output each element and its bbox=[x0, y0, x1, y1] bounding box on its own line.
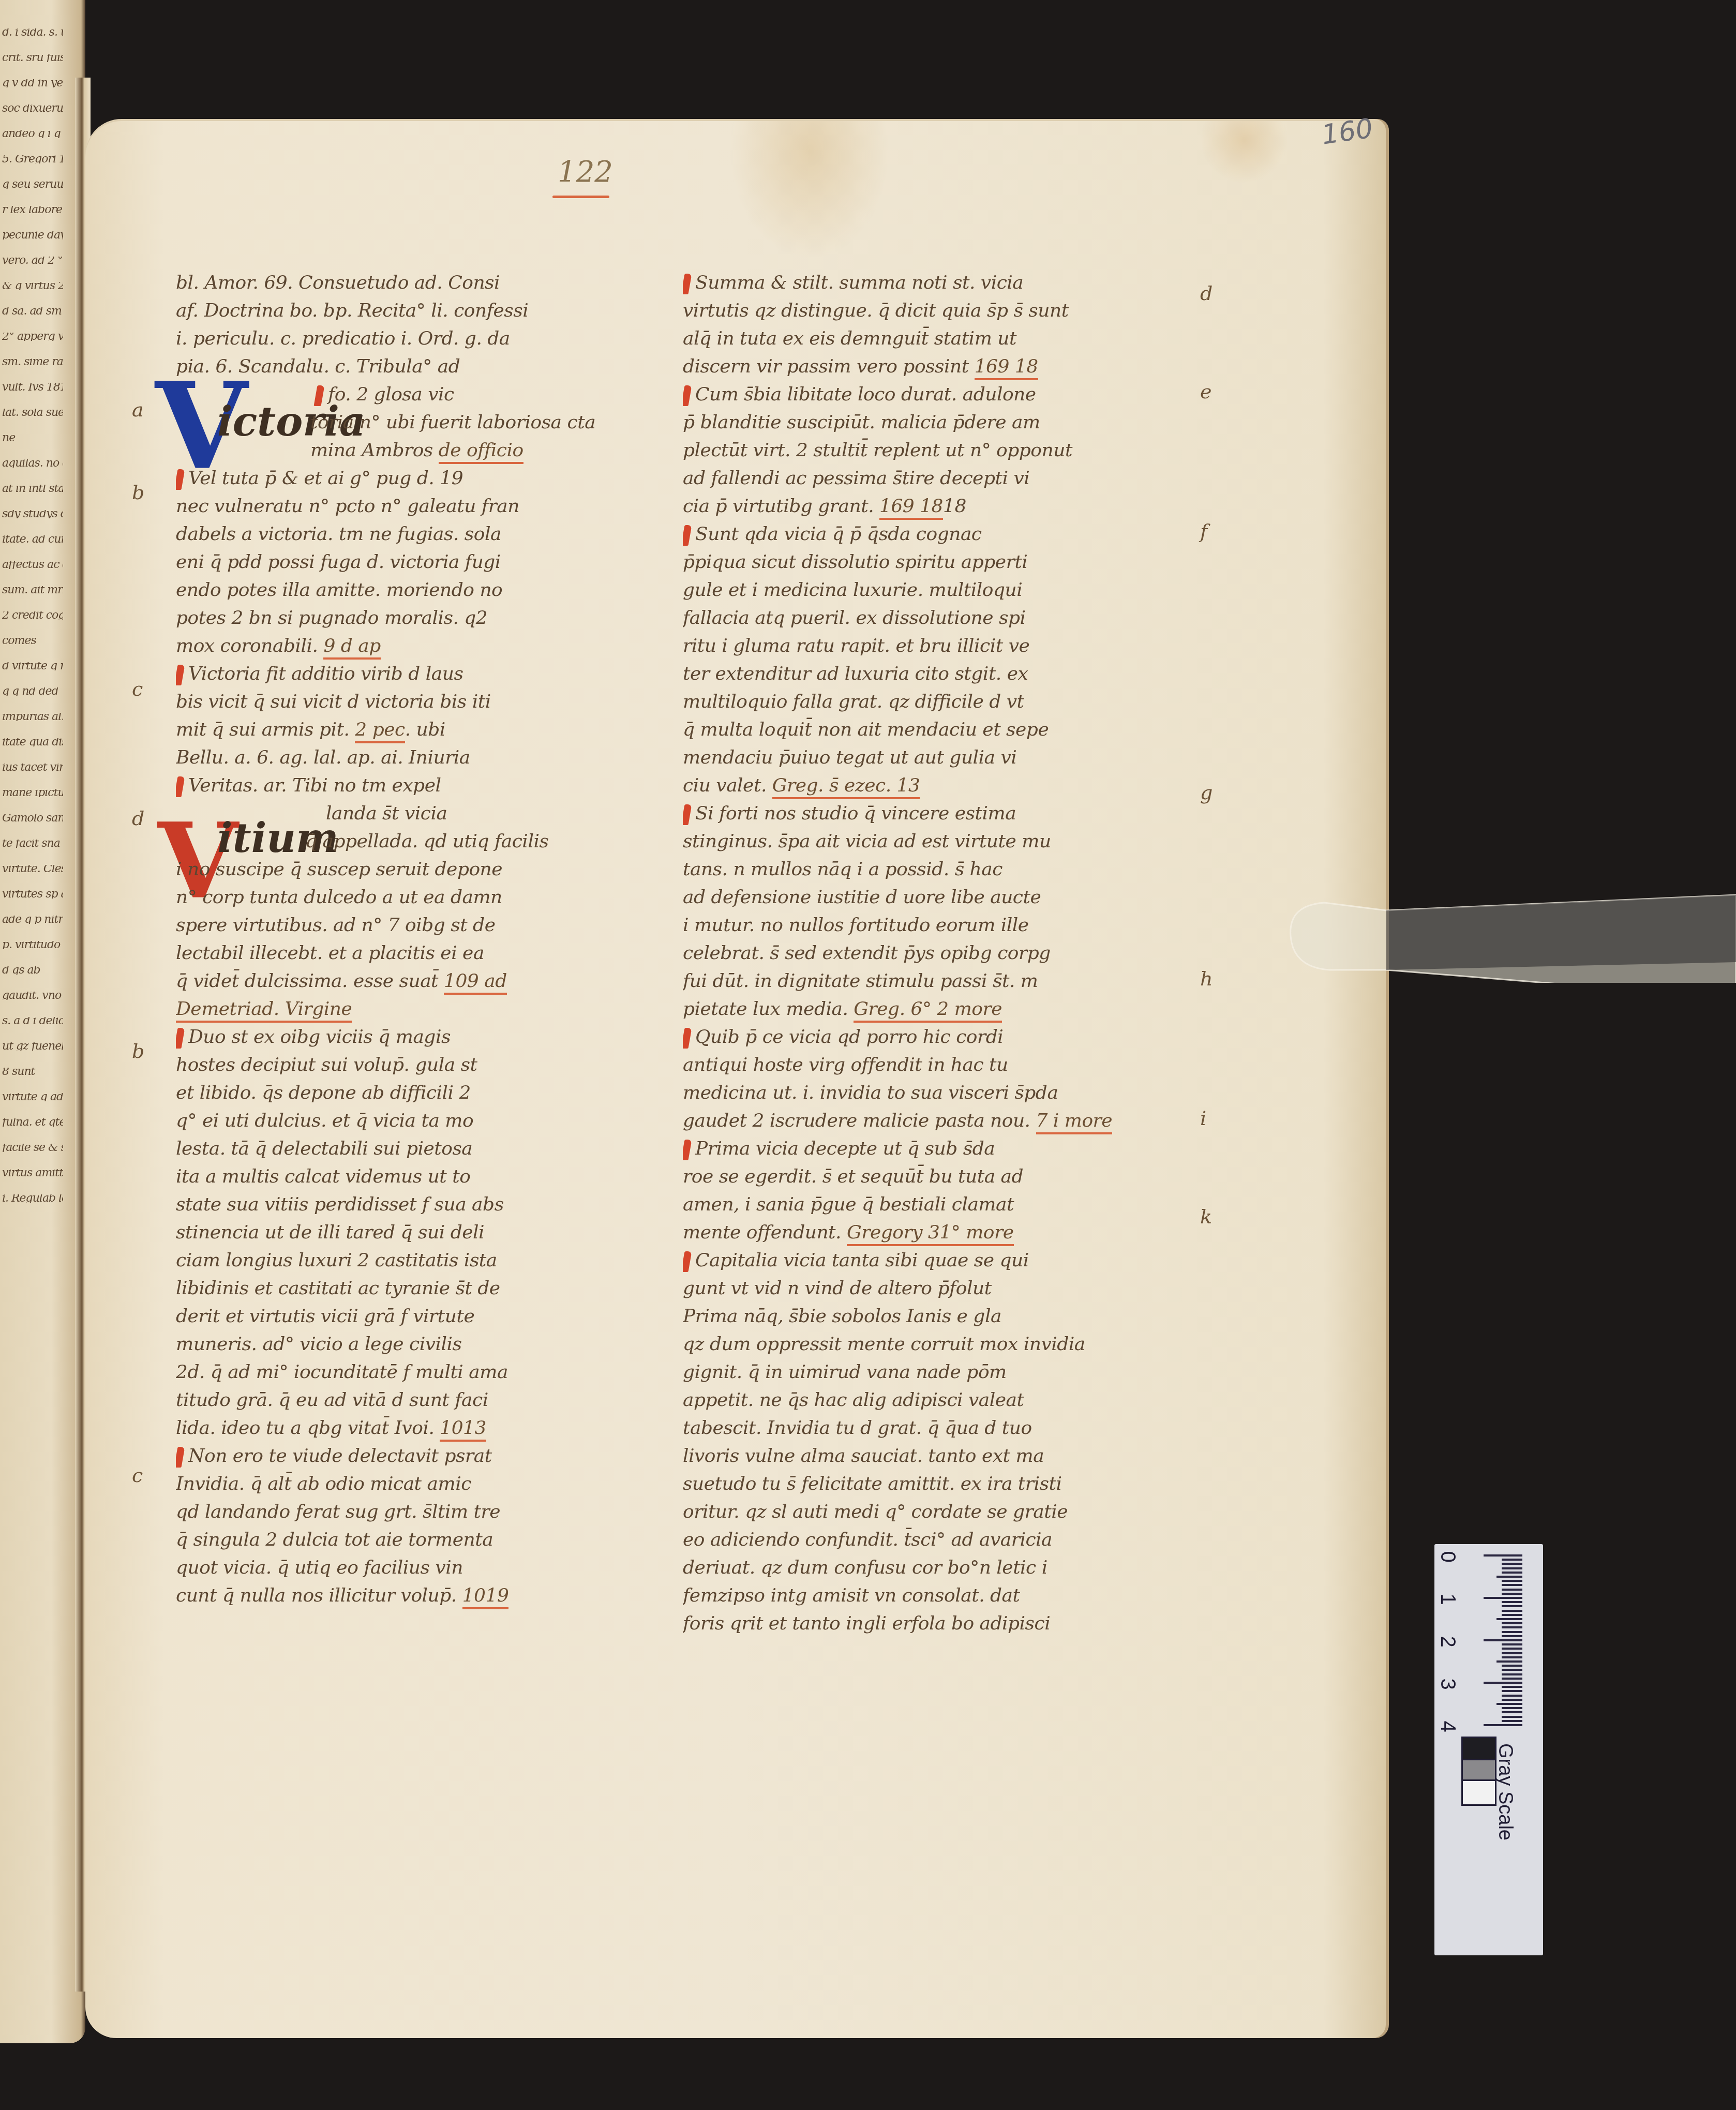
text-line: at in intl st̄at de bbox=[2, 485, 63, 493]
scale-tick bbox=[1502, 1669, 1522, 1671]
text-line: nec vulneratu n° pcto n° galeatu fran bbox=[176, 492, 600, 520]
text-line: lida. ideo tu a qbg vitat̄ Ivoi. 1013 bbox=[176, 1414, 600, 1442]
margin-letter: b bbox=[132, 481, 144, 504]
margin-letter: g bbox=[1200, 781, 1213, 804]
scale-tick bbox=[1502, 1720, 1522, 1722]
text-line: crit. sru fuis s̄t vivit bbox=[2, 54, 63, 62]
text-line: ter extenditur ad luxuria cito stgit. ex bbox=[683, 660, 1159, 688]
scale-label: 1 bbox=[1436, 1593, 1459, 1605]
scale-tick bbox=[1496, 1618, 1522, 1620]
text-line: 2d. q̄ ad mi° iocunditatē f multi ama bbox=[176, 1358, 600, 1386]
text-line: plectūt virt. 2 stultit̄ replent ut n° o… bbox=[683, 437, 1159, 465]
text-line: s̄m. s̄ime rapit i bbox=[2, 358, 63, 366]
margin-letter: e bbox=[1200, 380, 1212, 403]
scale-tick bbox=[1502, 1707, 1522, 1709]
scale-tick bbox=[1484, 1597, 1522, 1599]
paragraph-mark-icon bbox=[176, 665, 185, 685]
scale-label: 4 bbox=[1436, 1720, 1459, 1732]
text-line: pecunie dayettus bbox=[2, 231, 63, 240]
scale-tick bbox=[1502, 1652, 1522, 1654]
text-line: ius tacet virtute q̄re bbox=[2, 764, 63, 772]
text-line: q° ei uti dulcius. et q̄ vicia ta mo bbox=[176, 1107, 600, 1135]
text-line: n° corp tunta dulcedo a ut ea damn bbox=[176, 884, 600, 911]
text-line: comes bbox=[2, 637, 63, 645]
text-line: q̄ multa loquit̄ non ait mendaciu et sep… bbox=[683, 716, 1159, 744]
text-line: femzipso intg amisit vn consolat. dat bbox=[683, 1582, 1159, 1610]
scale-tick bbox=[1502, 1631, 1522, 1633]
clear-bookmark-strip bbox=[1267, 879, 1736, 983]
scale-tick bbox=[1502, 1610, 1522, 1612]
previous-page-fragment: d. i sida. s. ut° volititcrit. sru fuis … bbox=[0, 0, 85, 2043]
scale-tick bbox=[1502, 1584, 1522, 1586]
text-line: 2° apperg vous bbox=[2, 333, 63, 341]
scale-tick bbox=[1502, 1572, 1522, 1574]
text-line: ne bbox=[2, 434, 63, 442]
rubricated-reference: Greg. 6° 2 more bbox=[854, 998, 1002, 1023]
text-line: pietate lux media. Greg. 6° 2 more bbox=[683, 995, 1159, 1023]
text-line: ade q̄ p̄ nitr bbox=[2, 916, 63, 924]
scale-tick bbox=[1496, 1660, 1522, 1663]
scale-tick bbox=[1502, 1593, 1522, 1595]
text-line: q̄ videt̄ dulcissima. esse suat̄ 109 ad bbox=[176, 967, 600, 995]
text-line: multiloquio falla grat. qz difficile d v… bbox=[683, 688, 1159, 716]
text-line: mane ipictus bbox=[2, 789, 63, 797]
text-line: impurias al. 8 bbox=[2, 713, 63, 721]
scale-tick bbox=[1502, 1686, 1522, 1688]
text-line: gaudit. vno dio bbox=[2, 992, 63, 1000]
text-line: bis vicit q̄ sui vicit d victoria bis it… bbox=[176, 688, 600, 716]
text-line: gule et i medicina luxurie. multiloqui bbox=[683, 576, 1159, 604]
margin-letter: f bbox=[1200, 520, 1207, 543]
scale-label: 2 bbox=[1436, 1636, 1459, 1647]
text-line: mendaciu p̄uiuo tegat ut aut gulia vi bbox=[683, 744, 1159, 772]
text-line: fallacia atq pueril. ex dissolutione spi bbox=[683, 604, 1159, 632]
text-line: stinencia ut de illi tared q̄ sui deli bbox=[176, 1219, 600, 1247]
text-line: d. i sida. s. ut° volitit bbox=[2, 28, 63, 37]
paragraph-mark-icon bbox=[683, 1140, 692, 1160]
scale-tick bbox=[1502, 1614, 1522, 1616]
text-line: landa s̄t vicia bbox=[176, 800, 600, 828]
text-line: fulna. et q̄te bbox=[2, 1118, 63, 1127]
text-line: eni q̄ pdd possi fuga d. victoria fugi bbox=[176, 548, 600, 576]
text-line: s̄um. ait mrk bbox=[2, 586, 63, 594]
text-line: Victoria fit additio virib d laus bbox=[176, 660, 600, 688]
text-line: s̄oc dixuerunt u bbox=[2, 104, 63, 113]
rubricated-reference: 2 pec bbox=[355, 719, 405, 743]
text-line: itate. ad curda bbox=[2, 535, 63, 544]
text-line: oritur. qz sl auti medi q° cordate se gr… bbox=[683, 1498, 1159, 1526]
paragraph-mark-icon bbox=[313, 385, 324, 406]
scale-tick bbox=[1496, 1703, 1522, 1705]
text-line: s̄dy studys delect. 81 bbox=[2, 510, 63, 518]
text-line: foris qrit et tanto ingli erfola bo adip… bbox=[683, 1610, 1159, 1638]
text-line: virtutis qz distingue. q̄ dicit quia s̄p… bbox=[683, 297, 1159, 325]
paragraph-mark-icon bbox=[683, 274, 692, 294]
text-line: vero. ad 2 ° & ax bbox=[2, 257, 63, 265]
scale-tick bbox=[1502, 1716, 1522, 1718]
paragraph-mark-icon bbox=[683, 525, 692, 546]
text-line: i no suscipe q̄ suscep seruit depone bbox=[176, 856, 600, 884]
margin-letter: k bbox=[1200, 1205, 1212, 1228]
scale-tick bbox=[1484, 1639, 1522, 1641]
text-line: q̄ appellada. qd utiq facilis bbox=[176, 828, 600, 856]
rubricated-reference: Gregory 31° more bbox=[847, 1222, 1014, 1246]
rubricated-reference: 169 18 bbox=[879, 496, 943, 520]
margin-letter: d bbox=[1200, 282, 1213, 305]
gray-scale-label: Gray Scale bbox=[1494, 1743, 1516, 1840]
text-line: titudo grā. q̄ eu ad vitā d sunt faci bbox=[176, 1386, 600, 1414]
margin-letter: c bbox=[132, 1464, 143, 1487]
text-line: Quib p̄ ce vicia qd porro hic cordi bbox=[683, 1023, 1159, 1051]
rubricated-reference: 1019 bbox=[462, 1585, 509, 1609]
text-line: ad defensione iustitie d uore libe aucte bbox=[683, 884, 1159, 911]
margin-letter: b bbox=[132, 1040, 144, 1063]
rubricated-reference: 7 i more bbox=[1036, 1110, 1113, 1134]
text-line: appetit. ne q̄s hac alig adipisci valeat bbox=[683, 1386, 1159, 1414]
rubricated-reference: 169 18 bbox=[975, 356, 1038, 380]
scale-tick bbox=[1502, 1601, 1522, 1603]
text-line: cunt q̄ nulla nos illicitur volup̄. 1019 bbox=[176, 1582, 600, 1610]
scale-tick bbox=[1502, 1567, 1522, 1569]
scale-tick bbox=[1502, 1580, 1522, 1582]
text-line: tabescit. Invidia tu d grat. q̄ q̄ua d t… bbox=[683, 1414, 1159, 1442]
scale-tick bbox=[1502, 1622, 1522, 1624]
text-line: q̄ seu seruu viutte bbox=[2, 181, 63, 189]
text-line: Prima vicia decepte ut q̄ sub s̄da bbox=[683, 1135, 1159, 1163]
text-line: d q̄s ab bbox=[2, 966, 63, 975]
text-line: ciu valet. Greg. s̄ ezec. 13 bbox=[683, 772, 1159, 800]
scale-tick bbox=[1502, 1678, 1522, 1680]
text-line: cia p̄ virtutibg grant. 169 1818 bbox=[683, 492, 1159, 520]
text-line: endo potes illa amitte. moriendo no bbox=[176, 576, 600, 604]
text-line: ut gz fuenelo. eu bbox=[2, 1042, 63, 1051]
text-line: hostes decipiut sui volup̄. gula st bbox=[176, 1051, 600, 1079]
text-line: p̄ blanditie suscipiūt. malicia p̄dere a… bbox=[683, 409, 1159, 437]
text-line: af. Doctrina bo. bp. Recita° li. confess… bbox=[176, 297, 600, 325]
text-line: affectus ac desfut bbox=[2, 561, 63, 569]
text-line: Vel tuta p̄ & et ai g° pug d. 19 bbox=[176, 465, 600, 492]
text-line: andeo q̄ i q̄ ai bbox=[2, 130, 63, 138]
margin-letter: a bbox=[132, 398, 144, 421]
text-line: s̄. a d i delictu bbox=[2, 1017, 63, 1025]
scale-tick bbox=[1502, 1559, 1522, 1561]
text-line: spere virtutibus. ad n° 7 oibg st de bbox=[176, 911, 600, 939]
margin-letter: d bbox=[132, 807, 144, 830]
text-line: vult. Ivs 1812 bbox=[2, 383, 63, 392]
text-line: fo. 2 glosa vic bbox=[176, 381, 600, 409]
gray-patch bbox=[1461, 1737, 1496, 1761]
text-line: p̄piqua sicut dissolutio spiritu apperti bbox=[683, 548, 1159, 576]
measurement-scale: Gray Scale 01234 bbox=[1434, 1544, 1543, 1955]
text-line: tans. n mullos nāq i a possid. s̄ hac bbox=[683, 856, 1159, 884]
gray-patch bbox=[1461, 1779, 1496, 1806]
text-line: virtutes s̄p a paut bbox=[2, 890, 63, 899]
scale-label: 3 bbox=[1436, 1678, 1459, 1689]
text-line: Prima nāq, s̄bie sobolos Ianis e gla bbox=[683, 1303, 1159, 1330]
scale-tick bbox=[1484, 1682, 1522, 1684]
scale-tick bbox=[1502, 1665, 1522, 1667]
text-line: ad fallendi ac pessima s̄tire decepti vi bbox=[683, 465, 1159, 492]
rubricated-reference: Greg. s̄ ezec. 13 bbox=[772, 775, 920, 799]
text-line: 2 credit cogit bbox=[2, 611, 63, 620]
text-line: mente offendunt. Gregory 31° more bbox=[683, 1219, 1159, 1247]
text-line: q̄ q nd ded bbox=[2, 687, 63, 696]
text-line: state sua vitiis perdidisset f sua abs bbox=[176, 1191, 600, 1219]
text-line: libidinis et castitati ac tyranie s̄t de bbox=[176, 1275, 600, 1303]
text-line: roe se egerdit. s̄ et sequūt̄ bu tuta ad bbox=[683, 1163, 1159, 1191]
scale-tick bbox=[1502, 1656, 1522, 1658]
paragraph-mark-icon bbox=[176, 469, 185, 490]
text-line: aquilas. no cibu bbox=[2, 459, 63, 468]
text-line: deriuat. qz dum confusu cor bo°n letic i bbox=[683, 1554, 1159, 1582]
scale-tick bbox=[1502, 1699, 1522, 1701]
text-line: dabels a victoria. tm ne fugias. sola bbox=[176, 520, 600, 548]
text-line: Capitalia vicia tanta sibi quae se qui bbox=[683, 1247, 1159, 1275]
text-line: ita a multis calcat videmus ut to bbox=[176, 1163, 600, 1191]
margin-letter: i bbox=[1200, 1107, 1206, 1130]
text-line: bl. Amor. 69. Consuetudo ad. Consi bbox=[176, 269, 600, 297]
rubricated-reference: de officio bbox=[439, 440, 523, 464]
scale-tick bbox=[1502, 1605, 1522, 1607]
text-line: Veritas. ar. Tibi no tm expel bbox=[176, 772, 600, 800]
text-line: virtute q̄ ad bbox=[2, 1093, 63, 1101]
text-line: gignit. q̄ in uimirud vana nade pōm bbox=[683, 1358, 1159, 1386]
text-line: toria n° ubi fuerit laboriosa cta bbox=[176, 409, 600, 437]
paragraph-mark-icon bbox=[176, 1447, 185, 1468]
text-line: pia. 6. Scandalu. c. Tribula° ad bbox=[176, 353, 600, 381]
text-line: 5. Gregori 19 ago bbox=[2, 155, 63, 163]
text-line: i. Regulab lecial bbox=[2, 1194, 63, 1203]
folio-number-underline bbox=[552, 196, 609, 198]
text-line: livoris vulne alma sauciat. tanto ext ma bbox=[683, 1442, 1159, 1470]
text-line: itate qua distat bbox=[2, 738, 63, 746]
text-line: Demetriad. Virgine bbox=[176, 995, 600, 1023]
scale-tick bbox=[1502, 1695, 1522, 1697]
margin-letter: h bbox=[1200, 967, 1213, 990]
text-line: 8 s̄unt bbox=[2, 1068, 63, 1076]
rubricated-reference: 1013 bbox=[440, 1417, 486, 1442]
text-line: lat. sola s̄uetes bbox=[2, 409, 63, 417]
text-line: lectabil illecebt. et a placitis ei ea bbox=[176, 939, 600, 967]
text-line: virtute. Cles 10 bbox=[2, 865, 63, 873]
scale-label: 0 bbox=[1436, 1551, 1459, 1562]
text-line: discern vir passim vero possint 169 18 bbox=[683, 353, 1159, 381]
rubricated-reference: 9 d ap bbox=[323, 635, 380, 660]
scale-tick bbox=[1502, 1626, 1522, 1628]
scale-tick bbox=[1502, 1643, 1522, 1645]
scale-tick bbox=[1502, 1673, 1522, 1675]
text-line: antiqui hoste virg offendit in hac tu bbox=[683, 1051, 1159, 1079]
text-line: mit q̄ sui armis pit. 2 pec. ubi bbox=[176, 716, 600, 744]
text-line: mox coronabili. 9 d ap bbox=[176, 632, 600, 660]
text-line: qz dum oppressit mente corruit mox invid… bbox=[683, 1330, 1159, 1358]
text-line: Summa & stilt. summa noti st. vicia bbox=[683, 269, 1159, 297]
paragraph-mark-icon bbox=[683, 1251, 692, 1272]
text-line: amen, i sania p̄gue q̄ bestiali clamat bbox=[683, 1191, 1159, 1219]
text-column-right: Summa & stilt. summa noti st. viciavirtu… bbox=[683, 269, 1159, 1638]
text-line: Duo st ex oibg viciis q̄ magis bbox=[176, 1023, 600, 1051]
text-line: q̄ singula 2 dulcia tot aie tormenta bbox=[176, 1526, 600, 1554]
text-line: & q̄ virtus 2 sit bbox=[2, 282, 63, 290]
paragraph-mark-icon bbox=[176, 1028, 185, 1049]
rubricated-reference: Demetriad. Virgine bbox=[176, 998, 352, 1023]
text-line: suetudo tu s̄ felicitate amittit. ex ira… bbox=[683, 1470, 1159, 1498]
scale-tick bbox=[1502, 1589, 1522, 1591]
scale-tick bbox=[1502, 1648, 1522, 1650]
text-line: gaudet 2 iscrudere malicie pasta nou. 7 … bbox=[683, 1107, 1159, 1135]
paragraph-mark-icon bbox=[176, 776, 185, 797]
text-line: eo adiciendo confundit. t̄sci° ad avaric… bbox=[683, 1526, 1159, 1554]
text-line: Sunt qda vicia q̄ p̄ q̄sda cognac bbox=[683, 520, 1159, 548]
text-line: ciam longius luxuri 2 castitatis ista bbox=[176, 1247, 600, 1275]
text-line: i mutur. no nullos fortitudo eorum ille bbox=[683, 911, 1159, 939]
text-line: lesta. tā q̄ delectabili sui pietosa bbox=[176, 1135, 600, 1163]
text-line: Si forti nos studio q̄ vincere estima bbox=[683, 800, 1159, 828]
text-line: muneris. ad° vicio a lege civilis bbox=[176, 1330, 600, 1358]
text-line: facile s̄e & s̄up bbox=[2, 1144, 63, 1152]
text-line: p. virtitudo d et s̄ bbox=[2, 941, 63, 949]
scale-tick bbox=[1502, 1690, 1522, 1692]
scale-tick bbox=[1502, 1563, 1522, 1565]
text-column-left: bl. Amor. 69. Consuetudo ad. Consiaf. Do… bbox=[176, 269, 600, 1610]
text-line: q̄ v dd in yeis s̄ue bbox=[2, 79, 63, 87]
text-line: mina Ambros de officio bbox=[176, 437, 600, 465]
scale-tick bbox=[1484, 1554, 1522, 1557]
text-line: Non ero te viude delectavit psrat bbox=[176, 1442, 600, 1470]
text-line: ritu i gluma ratu rapit. et bru illicit … bbox=[683, 632, 1159, 660]
text-line: qd landando ferat sug grt. s̄ltim tre bbox=[176, 1498, 600, 1526]
margin-letter: c bbox=[132, 678, 143, 700]
text-line: te facit s̄na fat bbox=[2, 840, 63, 848]
text-line: alq̄ in tuta ex eis demnguit̄ statim ut bbox=[683, 325, 1159, 353]
paragraph-mark-icon bbox=[683, 804, 692, 825]
text-line: i. periculu. c. predicatio i. Ord. g. da bbox=[176, 325, 600, 353]
text-line: Gamolo sani s̄ten bbox=[2, 814, 63, 822]
text-line: derit et virtutis vicii grā f virtute bbox=[176, 1303, 600, 1330]
paragraph-mark-icon bbox=[683, 385, 692, 406]
text-line: gunt vt vid n vind de altero p̄folut bbox=[683, 1275, 1159, 1303]
text-line: fui dūt. in dignitate stimulu passi s̄t.… bbox=[683, 967, 1159, 995]
text-line: virtus amittit bbox=[2, 1169, 63, 1177]
text-line: potes 2 bn si pugnado moralis. q2 bbox=[176, 604, 600, 632]
paragraph-mark-icon bbox=[683, 1028, 692, 1049]
text-line: r lex labore qualiter bbox=[2, 206, 63, 214]
text-line: stinginus. s̄pa ait vicia ad est virtute… bbox=[683, 828, 1159, 856]
text-line: Bellu. a. 6. ag. lal. ap. ai. Iniuria bbox=[176, 744, 600, 772]
text-line: et libido. q̄s depone ab difficili 2 bbox=[176, 1079, 600, 1107]
rubricated-reference: 109 ad bbox=[444, 970, 507, 995]
text-line: quot vicia. q̄ utiq eo facilius vin bbox=[176, 1554, 600, 1582]
scale-tick bbox=[1502, 1711, 1522, 1713]
text-line: d sa. ad s̄m ut duit bbox=[2, 307, 63, 316]
text-line: medicina ut. i. invidia to sua visceri s… bbox=[683, 1079, 1159, 1107]
text-line: d virtute q̄ re bbox=[2, 662, 63, 670]
text-line: Cum s̄bia libitate loco durat. adulone bbox=[683, 381, 1159, 409]
scale-tick bbox=[1496, 1576, 1522, 1578]
text-line: celebrat. s̄ sed extendit p̄ys opibg cor… bbox=[683, 939, 1159, 967]
text-line: Invidia. q̄ alt̄ ab odio micat amic bbox=[176, 1470, 600, 1498]
medieval-folio-number: 122 bbox=[558, 155, 613, 189]
scale-tick bbox=[1502, 1635, 1522, 1637]
scale-tick bbox=[1484, 1724, 1522, 1726]
